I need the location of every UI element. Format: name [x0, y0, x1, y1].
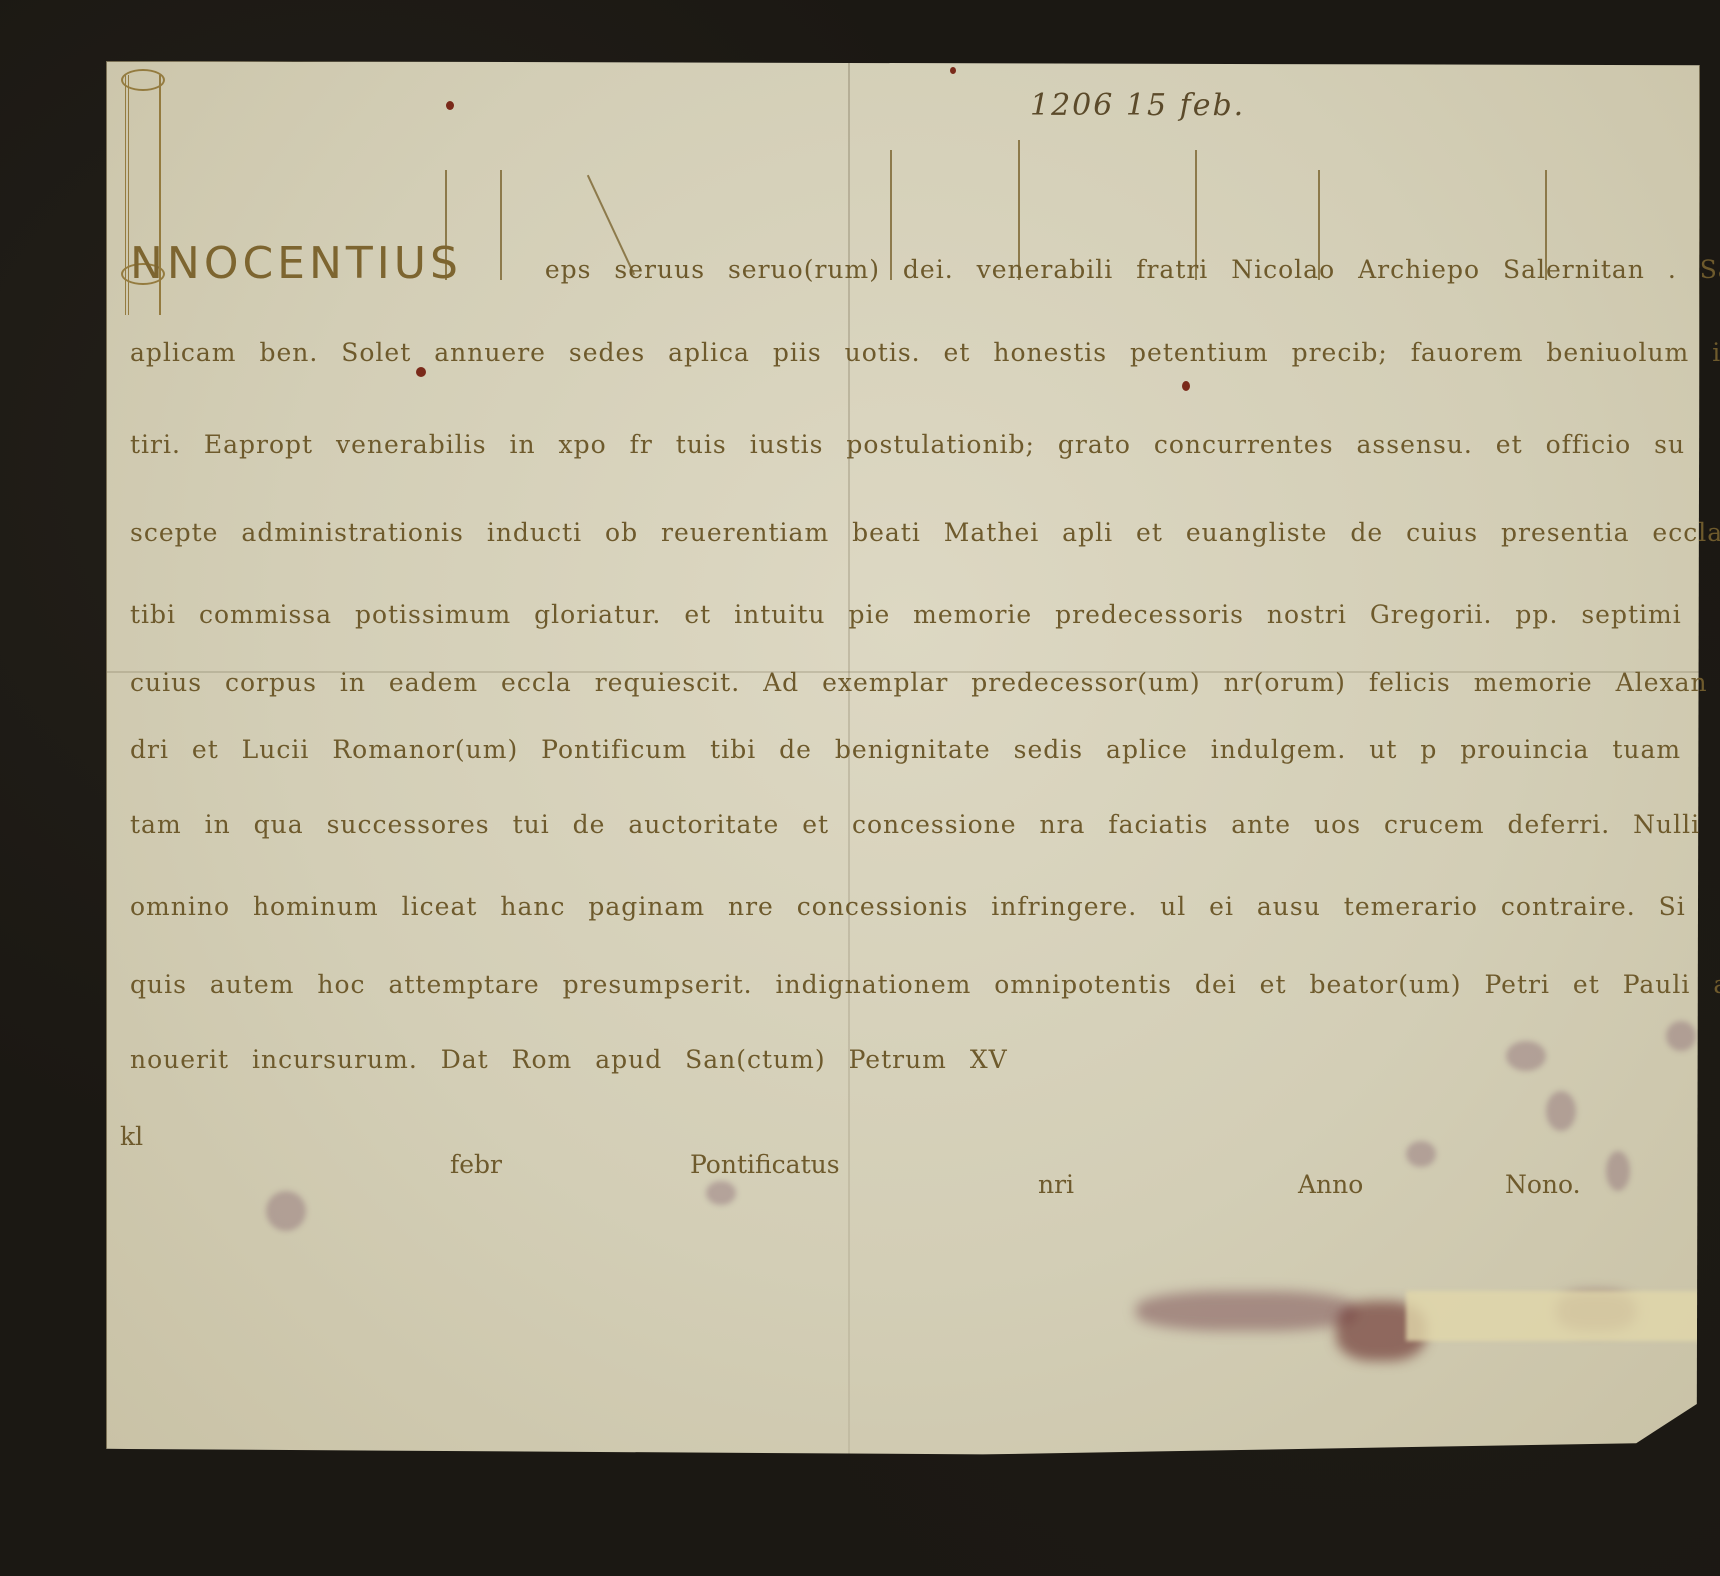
dating-nono: Nono. — [1505, 1170, 1581, 1199]
text-line-8: tam in qua successores tui de auctoritat… — [130, 810, 1690, 839]
red-wax-speck — [446, 101, 454, 110]
repair-patch — [1406, 1291, 1700, 1341]
mold-spot — [266, 1191, 306, 1231]
mold-spot — [706, 1181, 736, 1205]
text-line-6: cuius corpus in eadem eccla requiescit. … — [130, 668, 1690, 697]
text-line-5: tibi commissa potissimum gloriatur. et i… — [130, 600, 1690, 629]
text-line-4: scepte administrationis inducti ob reuer… — [130, 518, 1690, 547]
archival-date-note: 1206 15 feb. — [1030, 88, 1245, 123]
text-line-10: quis autem hoc attemptare presumpserit. … — [130, 970, 1690, 999]
mold-spot — [1606, 1151, 1630, 1191]
dating-anno: Anno — [1298, 1170, 1363, 1199]
bottom-stain — [1136, 1291, 1356, 1331]
text-line-11: nouerit incursurum. Dat Rom apud San(ctu… — [130, 1045, 1690, 1074]
text-line-7: dri et Lucii Romanor(um) Pontificum tibi… — [130, 735, 1690, 764]
dating-febr: febr — [450, 1150, 502, 1179]
dating-pontificatus: Pontificatus — [690, 1150, 840, 1179]
mold-spot — [1406, 1141, 1436, 1167]
text-line-3: tiri. Eapropt venerabilis in xpo fr tuis… — [130, 430, 1690, 459]
red-wax-speck — [1182, 381, 1190, 391]
pope-name-capitals: NNOCENTIUS — [130, 238, 462, 289]
text-line-2: aplicam ben. Solet annuere sedes aplica … — [130, 338, 1690, 367]
red-wax-speck — [950, 67, 956, 74]
text-line-9: omnino hominum liceat hanc paginam nre c… — [130, 892, 1690, 921]
text-line-1: NNOCENTIUS eps seruus seruo(rum) dei. ve… — [130, 238, 1690, 289]
mold-spot — [1546, 1091, 1576, 1131]
red-wax-speck — [416, 367, 426, 377]
line-1-text: eps seruus seruo(rum) dei. venerabili fr… — [545, 255, 1720, 284]
dating-kl: kl — [120, 1122, 143, 1151]
dating-nri: nri — [1038, 1170, 1074, 1199]
